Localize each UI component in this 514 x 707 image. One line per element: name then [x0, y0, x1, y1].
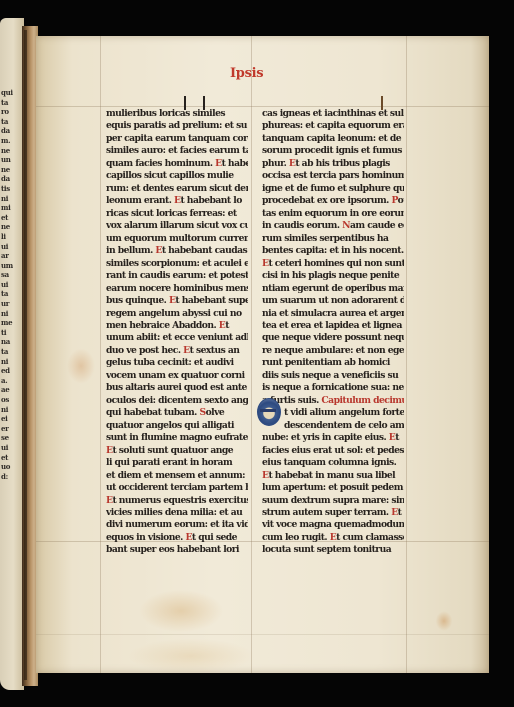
text-line: runt penitentiam ab homici [262, 357, 404, 369]
text-line: vit voce magna quemadmodum [262, 519, 404, 531]
facing-page-line: tis [1, 184, 21, 194]
text-line: cas igneas et iacinthinas et sul [262, 108, 404, 120]
text-line: que neque videre possunt neque audi [262, 332, 404, 344]
text-line: sunt in flumine magno eufrate. [106, 432, 248, 444]
facing-page-line: ni [1, 194, 21, 204]
text-line: vicies milies dena milia: et au [106, 507, 248, 519]
text-line: um equorum multorum currentium [106, 233, 248, 245]
text-line: descendentem de celo amictum [262, 420, 404, 432]
facing-page-line: a. [1, 376, 21, 386]
facing-page-line: me [1, 318, 21, 328]
facing-page-line: li [1, 232, 21, 242]
text-line: eius tanquam columna ignis. [262, 457, 404, 469]
facing-page-line: ta [1, 289, 21, 299]
facing-page-line: ne [1, 165, 21, 175]
facing-page-line: se [1, 433, 21, 443]
text-line: Et soluti sunt quatuor ange [106, 445, 248, 457]
text-line: Et numerus equestris exercitus [106, 495, 248, 507]
text-column-left: mulieribus loricas similesequis paratis … [106, 108, 248, 557]
facing-page-line: na [1, 337, 21, 347]
facing-page-line: ur [1, 299, 21, 309]
text-line: lum apertum: et posuit pedem [262, 482, 404, 494]
text-line: men hebraice Abaddon. Et [106, 320, 248, 332]
text-line: in caudis eorum. Nam caude eo [262, 220, 404, 232]
text-line: phur. Et ab his tribus plagis [262, 158, 404, 170]
text-line: similes auro: et facies earum tan [106, 145, 248, 157]
text-line: leonum erant. Et habebant lo [106, 195, 248, 207]
text-line: duo ve post hec. Et sextus an [106, 345, 248, 357]
facing-page-line: ta [1, 98, 21, 108]
text-line: tas enim equorum in ore eorum est: et [262, 208, 404, 220]
text-line: re neque ambulare: et non ege [262, 345, 404, 357]
facing-page-line: et [1, 213, 21, 223]
text-line: suum dextrum supra mare: sini [262, 495, 404, 507]
text-line: cisi in his plagis neque penite [262, 270, 404, 282]
text-line: is neque a fornicatione sua: neque [262, 382, 404, 394]
facing-page-line: da [1, 174, 21, 184]
facing-page-line: uo [1, 462, 21, 472]
facing-page-line: m. [1, 136, 21, 146]
text-line: earum nocere hominibus mensi [106, 283, 248, 295]
text-line: unum abiit: et ecce veniunt adhuc [106, 332, 248, 344]
facing-page-line: ni [1, 357, 21, 367]
facing-page-line: ni [1, 405, 21, 415]
facing-page-line: ar [1, 251, 21, 261]
rubricated-capital: N [342, 220, 350, 231]
facing-page-text: quitarotadam.neunnedatisnimietneliuiarum… [1, 88, 21, 481]
text-line: Et habebat in manu sua libel [262, 470, 404, 482]
text-line: a furtis suis. Capitulum decimum. [262, 395, 404, 407]
facing-page-line: ui [1, 443, 21, 453]
text-line: tea et erea et lapidea et lignea [262, 320, 404, 332]
blue-initial-e [257, 398, 281, 426]
text-line: bentes capita: et in his nocent. [262, 245, 404, 257]
text-line: oculos dei: dicentem sexto angelo [106, 395, 248, 407]
text-line: nube: et yris in capite eius. Et [262, 432, 404, 444]
photo-scene: quitarotadam.neunnedatisnimietneliuiarum… [0, 0, 514, 707]
margin-rule-right [406, 36, 407, 673]
text-line: gelus tuba cecinit: et audivi [106, 357, 248, 369]
text-line: et diem et mensem et annum: [106, 470, 248, 482]
facing-page-line: mi [1, 203, 21, 213]
top-text-rule [36, 106, 489, 107]
text-line: locuta sunt septem tonitrua [262, 544, 404, 556]
facing-page-line: da [1, 126, 21, 136]
initial-crossbar [260, 409, 276, 412]
facing-page-line: d: [1, 472, 21, 482]
column-rule [251, 36, 252, 673]
text-line: bus altaris aurei quod est ante [106, 382, 248, 394]
text-line: diis suis neque a veneficiis su [262, 370, 404, 382]
facing-page-line: ed [1, 366, 21, 376]
text-line: ricas sicut loricas ferreas: et [106, 208, 248, 220]
text-line: per capita earum tanquam corone [106, 133, 248, 145]
facing-page-line: ei [1, 414, 21, 424]
facing-page-line: ta [1, 117, 21, 127]
facing-page-line: ti [1, 328, 21, 338]
text-line: Et ceteri homines qui non sunt oc [262, 258, 404, 270]
text-line: um suarum ut non adorarent demo [262, 295, 404, 307]
text-line: ntiam egerunt de operibus manu [262, 283, 404, 295]
facing-page-line: ui [1, 280, 21, 290]
text-line: procedebat ex ore ipsorum. Potes [262, 195, 404, 207]
text-line: equos in visione. Et qui sede [106, 532, 248, 544]
facing-page-line: um [1, 261, 21, 271]
text-line: similes scorpionum: et aculei e [106, 258, 248, 270]
margin-rule-left [100, 36, 101, 673]
text-line: nia et simulacra aurea et argen [262, 308, 404, 320]
text-line: quatuor angelos qui alligati [106, 420, 248, 432]
facing-page-line: ni [1, 309, 21, 319]
text-line: cum leo rugit. Et cum clamasset: [262, 532, 404, 544]
facing-page-line: ro [1, 107, 21, 117]
text-line: bant super eos habebant lori [106, 544, 248, 556]
text-line: in bellum. Et habebant caudas [106, 245, 248, 257]
text-line: facies eius erat ut sol: et pedes [262, 445, 404, 457]
text-line: quam facies hominum. Et habebant [106, 158, 248, 170]
text-line: vocem unam ex quatuor corni [106, 370, 248, 382]
facing-page-line: ne [1, 222, 21, 232]
facing-page-line: et [1, 453, 21, 463]
text-line: li qui parati erant in horam [106, 457, 248, 469]
facing-page-line: sa [1, 270, 21, 280]
text-line: qui habebat tubam. Solve [106, 407, 248, 419]
text-line: rum similes serpentibus ha [262, 233, 404, 245]
text-line: regem angelum abyssi cui no [106, 308, 248, 320]
facing-page-line: qui [1, 88, 21, 98]
text-line: divi numerum eorum: et ita vidi [106, 519, 248, 531]
text-line: t vidi alium angelum fortem [262, 407, 404, 419]
facing-page-line: os [1, 395, 21, 405]
facing-page-line: ne [1, 146, 21, 156]
facing-page-line: ui [1, 242, 21, 252]
text-column-right: cas igneas et iacinthinas et sulphureas:… [262, 108, 404, 557]
text-line: vox alarum illarum sicut vox curru [106, 220, 248, 232]
text-line: bus quinque. Et habebant super se [106, 295, 248, 307]
text-line: occisa est tercia pars hominum: de [262, 170, 404, 182]
text-line: rant in caudis earum: et potestas [106, 270, 248, 282]
text-line: ut occiderent terciam partem homi. [106, 482, 248, 494]
text-line: rum: et dentes earum sicut dentes [106, 183, 248, 195]
text-line: strum autem super terram. Et clama [262, 507, 404, 519]
text-line: equis paratis ad prelium: et su [106, 120, 248, 132]
facing-page-line: er [1, 424, 21, 434]
chapter-rubric: Capitulum decimum. [321, 395, 404, 406]
facing-page-line: un [1, 155, 21, 165]
text-line: igne et de fumo et sulphure qui [262, 183, 404, 195]
running-head: Ipsis [230, 66, 263, 81]
facing-page-line: ta [1, 347, 21, 357]
gutter-shadow [24, 30, 27, 680]
text-line: phureas: et capita equorum erat [262, 120, 404, 132]
text-line: tanquam capita leonum: et de ore ip [262, 133, 404, 145]
facing-page-edge: quitarotadam.neunnedatisnimietneliuiarum… [0, 18, 24, 690]
text-line: sorum procedit ignis et fumus et sul [262, 145, 404, 157]
lower-margin-rule [36, 634, 489, 635]
facing-page-line: ae [1, 385, 21, 395]
text-line: mulieribus loricas similes [106, 108, 248, 120]
text-line: capillos sicut capillos mulie [106, 170, 248, 182]
